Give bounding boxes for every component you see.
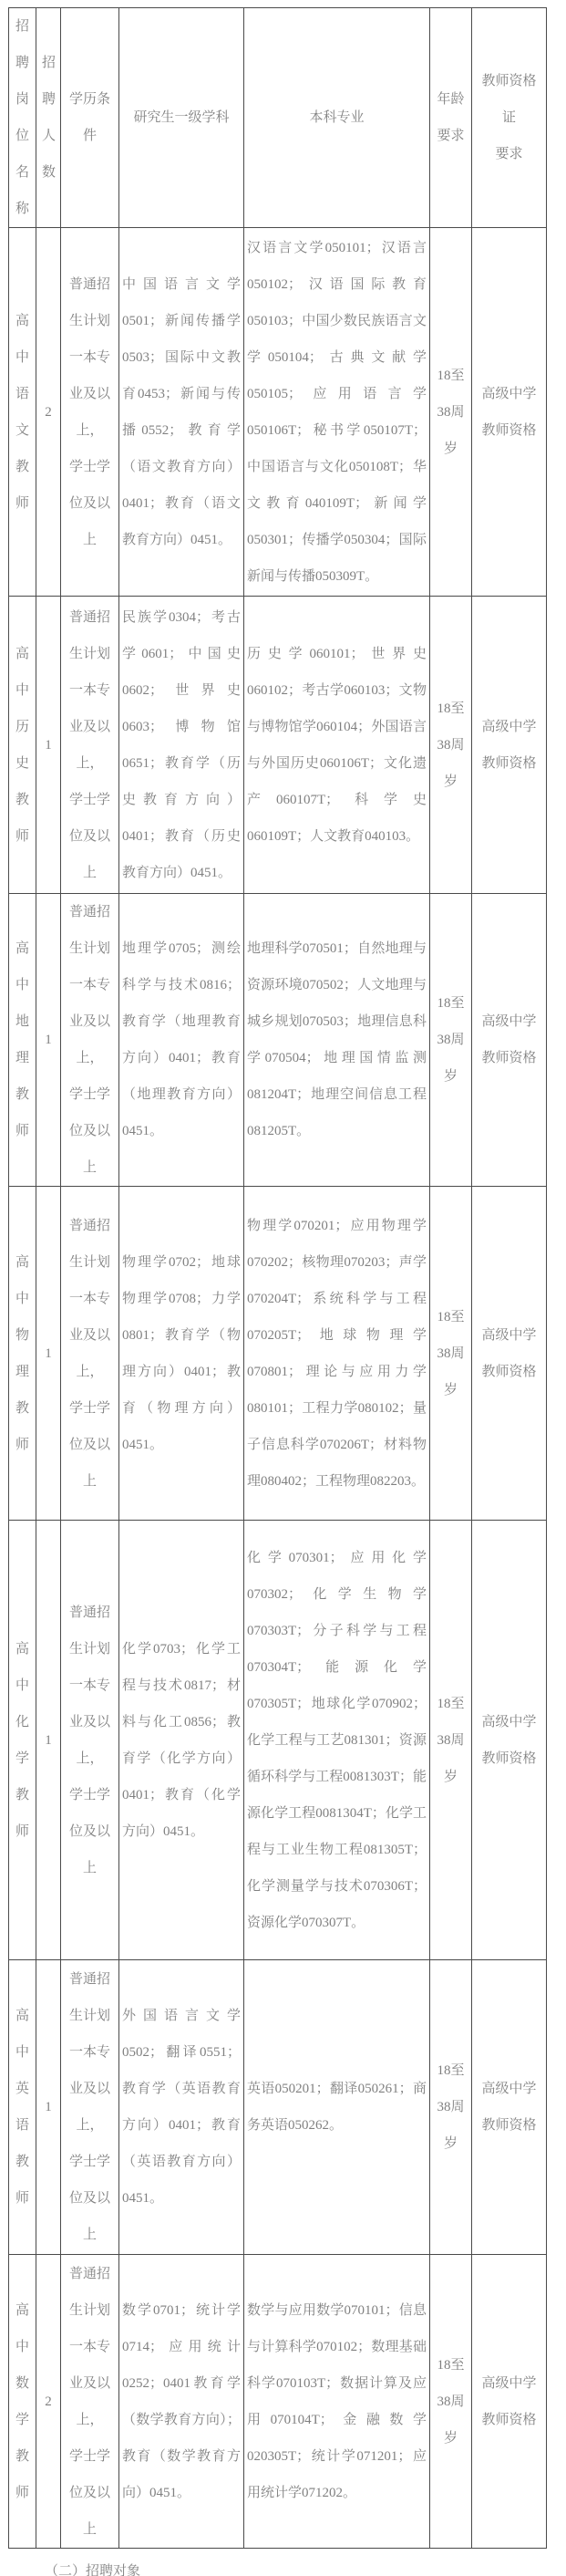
cell-count: 1 <box>36 1521 61 1960</box>
page: 招聘岗位名称 招聘人数 学历条件 研究生一级学科 本科专业 年龄要求 教师资格 … <box>0 0 566 2576</box>
cell-undergrad-majors: 英语050201；翻译050261；商务英语050262。 <box>244 1960 430 2255</box>
certificate-line: 高级中学 <box>475 2071 543 2107</box>
certificate-line: 教师资格 <box>475 1354 543 1390</box>
table-row: 高中数学教师 2 普通招生计划一本专业及以上， 学士学位及以上 数学0701；统… <box>9 2255 547 2549</box>
header-certificate-line: 要求 <box>475 136 543 172</box>
cell-undergrad-majors: 汉语言文学050101；汉语言050102；汉语国际教育050103；中国少数民… <box>244 228 430 597</box>
cell-education: 普通招生计划一本专业及以上， 学士学位及以上 <box>61 1521 119 1960</box>
cell-age: 18至38周岁 <box>430 894 472 1187</box>
table-row: 高中地理教师 1 普通招生计划一本专业及以上， 学士学位及以上 地理学0705；… <box>9 894 547 1187</box>
cell-position: 高中化学教师 <box>9 1521 36 1960</box>
cell-position: 高中数学教师 <box>9 2255 36 2549</box>
cell-education: 普通招生计划一本专业及以上， 学士学位及以上 <box>61 1960 119 2255</box>
education-line: 普通招生计划一本专业及以上， <box>64 2256 116 2438</box>
certificate-line: 教师资格 <box>475 1740 543 1777</box>
table-row: 高中语文教师 2 普通招生计划一本专业及以上， 学士学位及以上 中国语言文学05… <box>9 228 547 597</box>
header-count: 招聘人数 <box>36 8 61 228</box>
table-header-row: 招聘岗位名称 招聘人数 学历条件 研究生一级学科 本科专业 年龄要求 教师资格 … <box>9 8 547 228</box>
cell-age: 18至38周岁 <box>430 1521 472 1960</box>
cell-certificate: 高级中学 教师资格 <box>472 597 547 894</box>
header-certificate-line: 教师资格 <box>475 63 543 99</box>
education-line: 学士学位及以上 <box>64 1076 116 1186</box>
education-line: 学士学位及以上 <box>64 449 116 558</box>
recruitment-table: 招聘岗位名称 招聘人数 学历条件 研究生一级学科 本科专业 年龄要求 教师资格 … <box>8 7 547 2549</box>
cell-graduate-majors: 外国语言文学0502；翻译0551；教育学（英语教育方向）0401；教育（英语教… <box>119 1960 244 2255</box>
education-line: 学士学位及以上 <box>64 1390 116 1500</box>
table-row: 高中历史教师 1 普通招生计划一本专业及以上， 学士学位及以上 民族学0304；… <box>9 597 547 894</box>
certificate-line: 教师资格 <box>475 2402 543 2438</box>
cell-position: 高中英语教师 <box>9 1960 36 2255</box>
cell-position: 高中地理教师 <box>9 894 36 1187</box>
education-line: 普通招生计划一本专业及以上， <box>64 1961 116 2144</box>
cell-age: 18至38周岁 <box>430 1187 472 1521</box>
cell-undergrad-majors: 地理科学070501；自然地理与资源环境070502；人文地理与城乡规划0705… <box>244 894 430 1187</box>
education-line: 普通招生计划一本专业及以上， <box>64 1208 116 1390</box>
education-line: 普通招生计划一本专业及以上， <box>64 266 116 449</box>
cell-education: 普通招生计划一本专业及以上， 学士学位及以上 <box>61 2255 119 2549</box>
certificate-line: 高级中学 <box>475 1003 543 1040</box>
cell-count: 1 <box>36 1960 61 2255</box>
table-row: 高中英语教师 1 普通招生计划一本专业及以上， 学士学位及以上 外国语言文学05… <box>9 1960 547 2255</box>
education-line: 普通招生计划一本专业及以上， <box>64 1594 116 1777</box>
cell-education: 普通招生计划一本专业及以上， 学士学位及以上 <box>61 597 119 894</box>
cell-undergrad-majors: 数学与应用数学070101；信息与计算科学070102；数理基础科学070103… <box>244 2255 430 2549</box>
cell-certificate: 高级中学 教师资格 <box>472 894 547 1187</box>
certificate-line: 高级中学 <box>475 376 543 412</box>
cell-position: 高中物理教师 <box>9 1187 36 1521</box>
header-age: 年龄要求 <box>430 8 472 228</box>
cell-age: 18至38周岁 <box>430 1960 472 2255</box>
cell-undergrad-majors: 化学070301；应用化学070302；化学生物学070303T；分子科学与工程… <box>244 1521 430 1960</box>
table-row: 高中化学教师 1 普通招生计划一本专业及以上， 学士学位及以上 化学0703；化… <box>9 1521 547 1960</box>
cell-graduate-majors: 中国语言文学0501；新闻传播学0503；国际中文教育0453；新闻与传播055… <box>119 228 244 597</box>
cell-certificate: 高级中学 教师资格 <box>472 2255 547 2549</box>
cell-certificate: 高级中学 教师资格 <box>472 228 547 597</box>
cell-position: 高中历史教师 <box>9 597 36 894</box>
cell-undergrad-majors: 物理学070201；应用物理学070202；核物理070203；声学070204… <box>244 1187 430 1521</box>
cell-count: 1 <box>36 597 61 894</box>
table-row: 高中物理教师 1 普通招生计划一本专业及以上， 学士学位及以上 物理学0702；… <box>9 1187 547 1521</box>
cell-graduate-majors: 物理学0702；地球物理学0708；力学0801；教育学（物理方向）0401；教… <box>119 1187 244 1521</box>
cell-age: 18至38周岁 <box>430 597 472 894</box>
certificate-line: 高级中学 <box>475 709 543 745</box>
header-certificate: 教师资格 证 要求 <box>472 8 547 228</box>
cell-certificate: 高级中学 教师资格 <box>472 1187 547 1521</box>
cell-count: 2 <box>36 228 61 597</box>
education-line: 学士学位及以上 <box>64 1777 116 1886</box>
header-certificate-line: 证 <box>475 99 543 136</box>
cell-position: 高中语文教师 <box>9 228 36 597</box>
education-line: 学士学位及以上 <box>64 2438 116 2548</box>
certificate-line: 教师资格 <box>475 412 543 449</box>
certificate-line: 教师资格 <box>475 1040 543 1076</box>
cell-age: 18至38周岁 <box>430 2255 472 2549</box>
header-undergraduate-major: 本科专业 <box>244 8 430 228</box>
section-heading: （二）招聘对象 <box>45 2561 566 2576</box>
cell-count: 1 <box>36 894 61 1187</box>
header-position: 招聘岗位名称 <box>9 8 36 228</box>
education-line: 学士学位及以上 <box>64 2144 116 2253</box>
cell-graduate-majors: 地理学0705；测绘科学与技术0816；教育学（地理教育方向）0401；教育（地… <box>119 894 244 1187</box>
header-education: 学历条件 <box>61 8 119 228</box>
education-line: 普通招生计划一本专业及以上， <box>64 599 116 782</box>
cell-graduate-majors: 化学0703；化学工程与技术0817；材料与化工0856；教育学（化学方向）04… <box>119 1521 244 1960</box>
header-graduate-discipline: 研究生一级学科 <box>119 8 244 228</box>
cell-certificate: 高级中学 教师资格 <box>472 1521 547 1960</box>
education-line: 学士学位及以上 <box>64 782 116 891</box>
certificate-line: 教师资格 <box>475 2107 543 2144</box>
certificate-line: 高级中学 <box>475 2365 543 2402</box>
cell-graduate-majors: 民族学0304；考古学0601；中国史0602；世界史0603；博物馆0651；… <box>119 597 244 894</box>
cell-age: 18至38周岁 <box>430 228 472 597</box>
cell-undergrad-majors: 历史学060101；世界史060102；考古学060103；文物与博物馆学060… <box>244 597 430 894</box>
certificate-line: 教师资格 <box>475 745 543 782</box>
cell-education: 普通招生计划一本专业及以上， 学士学位及以上 <box>61 228 119 597</box>
certificate-line: 高级中学 <box>475 1317 543 1354</box>
certificate-line: 高级中学 <box>475 1704 543 1740</box>
cell-graduate-majors: 数学0701；统计学0714；应用统计0252；0401教育学（数学教育方向）；… <box>119 2255 244 2549</box>
cell-education: 普通招生计划一本专业及以上， 学士学位及以上 <box>61 1187 119 1521</box>
education-line: 普通招生计划一本专业及以上， <box>64 894 116 1076</box>
cell-certificate: 高级中学 教师资格 <box>472 1960 547 2255</box>
cell-count: 1 <box>36 1187 61 1521</box>
cell-education: 普通招生计划一本专业及以上， 学士学位及以上 <box>61 894 119 1187</box>
cell-count: 2 <box>36 2255 61 2549</box>
